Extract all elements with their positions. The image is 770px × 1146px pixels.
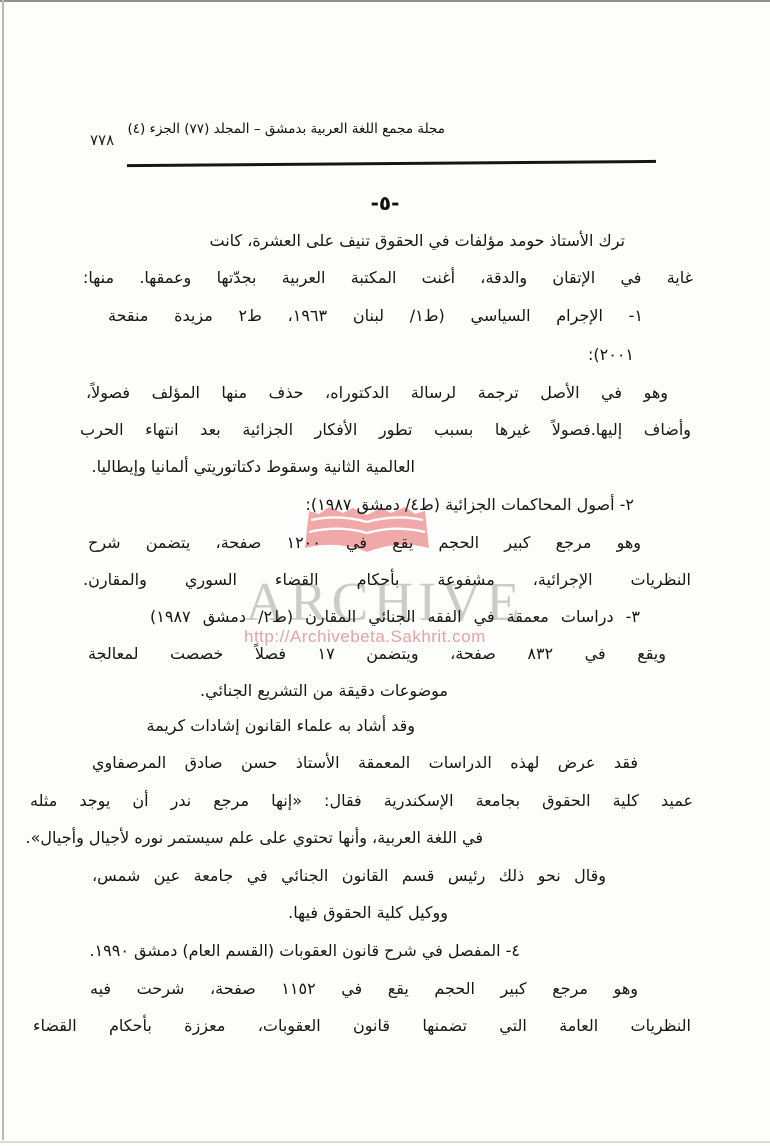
body-line-9: وهو مرجع كبير الحجم يقع في ١٢٠٠ صفحة، يت… — [88, 528, 641, 558]
body-line-7: العالمية الثانية وسقوط دكتاتوريتي ألماني… — [92, 452, 415, 482]
body-line-22: النظريات العامة التي تضمنها قانون العقوب… — [33, 1011, 691, 1041]
body-line-18: وقال نحو ذلك رئيس قسم القانون الجنائي في… — [92, 861, 606, 891]
body-line-15: فقد عرض لهذه الدراسات المعمقة الأستاذ حس… — [92, 748, 638, 778]
header-rule — [127, 160, 656, 167]
scanned-page: ARCHIVE http://Archivebeta.Sakhrit.com م… — [0, 0, 770, 1146]
body-line-21: وهو مرجع كبير الحجم يقع في ١١٥٢ صفحة، شر… — [90, 974, 638, 1004]
scan-border-left — [2, 0, 4, 1140]
body-line-13: موضوعات دقيقة من التشريع الجنائي. — [200, 676, 448, 706]
body-line-20: ٤- المفصل في شرح قانون العقوبات (القسم ا… — [89, 936, 520, 966]
scan-border-bottom — [0, 1141, 770, 1143]
body-line-10: النظريات الإجرائية، مشفوعة بأحكام القضاء… — [83, 565, 691, 595]
body-line-8: ٢- أصول المحاكمات الجزائية (ط٤/ دمشق ١٩٨… — [305, 490, 634, 520]
scan-border-top — [0, 0, 770, 2]
body-line-11: ٣- دراسات معمقة في الفقه الجنائي المقارن… — [150, 602, 640, 632]
body-line-17: في اللغة العربية، وأنها تحتوي على علم سي… — [26, 823, 483, 853]
body-line-2: غاية في الإتقان والدقة، أغنت المكتبة الع… — [83, 263, 693, 293]
body-line-19: ووكيل كلية الحقوق فيها. — [288, 898, 448, 928]
body-line-5: وهو في الأصل ترجمة لرسالة الدكتوراه، حذف… — [86, 378, 668, 408]
body-line-6: وأضاف إليها.فصولاً غيرها بسبب تطور الأفك… — [80, 415, 691, 445]
body-line-4: ٢٠٠١): — [588, 340, 634, 370]
body-line-16: عميد كلية الحقوق بجامعة الإسكندرية فقال:… — [30, 786, 693, 816]
section-marker: -٥- — [0, 191, 770, 215]
journal-title: مجلة مجمع اللغة العربية بدمشق – المجلد (… — [128, 121, 446, 137]
page-number: ٧٧٨ — [90, 131, 114, 149]
body-line-1: ترك الأستاذ حومد مؤلفات في الحقوق تنيف ع… — [209, 226, 625, 256]
body-line-3: ١- الإجرام السياسي (ط١/ لبنان ١٩٦٣، ط٢ م… — [108, 301, 643, 331]
body-line-12: ويقع في ٨٣٢ صفحة، ويتضمن ١٧ فصلاً خصصت ل… — [88, 639, 666, 669]
body-line-14: وقد أشاد به علماء القانون إشادات كريمة — [146, 711, 415, 741]
